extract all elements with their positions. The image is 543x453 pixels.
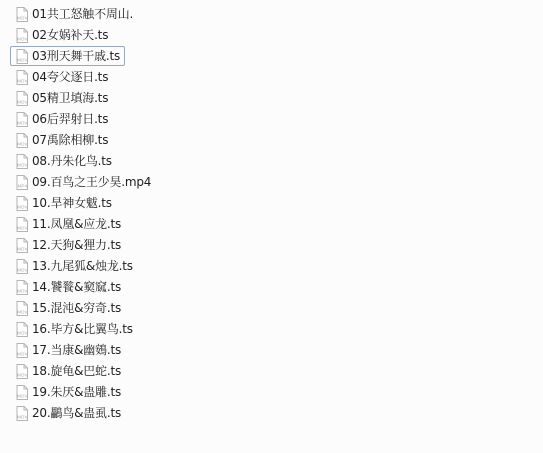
svg-text:MOV: MOV <box>17 351 28 356</box>
svg-text:MOV: MOV <box>17 57 28 62</box>
svg-text:MOV: MOV <box>17 204 28 209</box>
file-item-18[interactable]: MOV 18.旋龟&巴蛇.ts <box>10 361 126 381</box>
file-name: 16.毕方&比翼鸟.ts <box>32 319 133 339</box>
video-file-icon: MOV <box>14 69 30 86</box>
video-file-icon: MOV <box>14 258 30 275</box>
file-name: 18.旋龟&巴蛇.ts <box>32 361 121 381</box>
svg-text:MOV: MOV <box>17 267 28 272</box>
file-name: 11.凤凰&应龙.ts <box>32 214 121 234</box>
file-name: 01共工怒触不周山.t <box>32 4 132 24</box>
file-item-19[interactable]: MOV 19.朱厌&蛊雕.ts <box>10 382 126 402</box>
file-item-05[interactable]: MOV 05精卫填海.ts <box>10 88 113 108</box>
video-file-icon: MOV <box>14 132 30 149</box>
video-file-icon: MOV <box>14 363 30 380</box>
file-item-10[interactable]: MOV 10.旱神女魃.ts <box>10 193 117 213</box>
file-name: 14.饕餮&窫窳.ts <box>32 277 121 297</box>
video-file-icon: MOV <box>14 153 30 170</box>
svg-text:MOV: MOV <box>17 393 28 398</box>
file-name: 17.当康&幽鴳.ts <box>32 340 121 360</box>
svg-text:MOV: MOV <box>17 78 28 83</box>
video-file-icon: MOV <box>14 342 30 359</box>
video-file-icon: MOV <box>14 111 30 128</box>
file-name: 13.九尾狐&烛龙.ts <box>32 256 133 276</box>
file-name: 03刑天舞干戚.ts <box>32 46 120 66</box>
svg-text:MOV: MOV <box>17 225 28 230</box>
video-file-icon: MOV <box>14 237 30 254</box>
svg-text:MOV: MOV <box>17 414 28 419</box>
file-item-02[interactable]: MOV 02女娲补天.ts <box>10 25 113 45</box>
video-file-icon: MOV <box>14 405 30 422</box>
video-file-icon: MOV <box>14 216 30 233</box>
file-item-13[interactable]: MOV 13.九尾狐&烛龙.ts <box>10 256 138 276</box>
file-name: 20.鸓鸟&蛊虱.ts <box>32 403 121 423</box>
svg-text:MOV: MOV <box>17 99 28 104</box>
file-name: 04夸父逐日.ts <box>32 67 108 87</box>
video-file-icon: MOV <box>14 6 30 23</box>
file-name: 06后羿射日.ts <box>32 109 108 129</box>
file-name: 12.天狗&狸力.ts <box>32 235 121 255</box>
svg-text:MOV: MOV <box>17 15 28 20</box>
video-file-icon: MOV <box>14 90 30 107</box>
video-file-icon: MOV <box>14 195 30 212</box>
file-list: MOV 01共工怒触不周山.t MOV 02女娲补天.ts MOV 03刑天舞干… <box>0 0 543 453</box>
svg-text:MOV: MOV <box>17 246 28 251</box>
file-name: 07禹除相柳.ts <box>32 130 108 150</box>
svg-text:MP4: MP4 <box>18 183 28 188</box>
file-name: 09.百鸟之王少昊.mp4 <box>32 172 151 192</box>
video-file-icon: MOV <box>14 279 30 296</box>
svg-text:MOV: MOV <box>17 162 28 167</box>
file-item-07[interactable]: MOV 07禹除相柳.ts <box>10 130 113 150</box>
file-name: 02女娲补天.ts <box>32 25 108 45</box>
file-name: 08.丹朱化鸟.ts <box>32 151 112 171</box>
svg-text:MOV: MOV <box>17 330 28 335</box>
video-file-icon: MOV <box>14 384 30 401</box>
file-name: 10.旱神女魃.ts <box>32 193 112 213</box>
video-file-icon: MOV <box>14 27 30 44</box>
file-item-12[interactable]: MOV 12.天狗&狸力.ts <box>10 235 126 255</box>
svg-text:MOV: MOV <box>17 36 28 41</box>
video-file-icon: MOV <box>14 48 30 65</box>
video-file-icon: MOV <box>14 300 30 317</box>
file-item-09[interactable]: MP4 09.百鸟之王少昊.mp4 <box>10 172 156 192</box>
file-item-16[interactable]: MOV 16.毕方&比翼鸟.ts <box>10 319 138 339</box>
svg-text:MOV: MOV <box>17 288 28 293</box>
svg-text:MOV: MOV <box>17 141 28 146</box>
file-name: 19.朱厌&蛊雕.ts <box>32 382 121 402</box>
file-item-03[interactable]: MOV 03刑天舞干戚.ts <box>10 46 125 66</box>
svg-text:MOV: MOV <box>17 120 28 125</box>
video-file-icon: MP4 <box>14 174 30 191</box>
file-item-01[interactable]: MOV 01共工怒触不周山.t <box>10 4 137 24</box>
svg-text:MOV: MOV <box>17 372 28 377</box>
file-name: 15.混沌&穷奇.ts <box>32 298 121 318</box>
file-item-20[interactable]: MOV 20.鸓鸟&蛊虱.ts <box>10 403 126 423</box>
file-item-14[interactable]: MOV 14.饕餮&窫窳.ts <box>10 277 126 297</box>
file-item-15[interactable]: MOV 15.混沌&穷奇.ts <box>10 298 126 318</box>
file-item-04[interactable]: MOV 04夸父逐日.ts <box>10 67 113 87</box>
video-file-icon: MOV <box>14 321 30 338</box>
file-item-06[interactable]: MOV 06后羿射日.ts <box>10 109 113 129</box>
svg-text:MOV: MOV <box>17 309 28 314</box>
file-item-17[interactable]: MOV 17.当康&幽鴳.ts <box>10 340 126 360</box>
file-item-08[interactable]: MOV 08.丹朱化鸟.ts <box>10 151 117 171</box>
file-item-11[interactable]: MOV 11.凤凰&应龙.ts <box>10 214 126 234</box>
file-name: 05精卫填海.ts <box>32 88 108 108</box>
